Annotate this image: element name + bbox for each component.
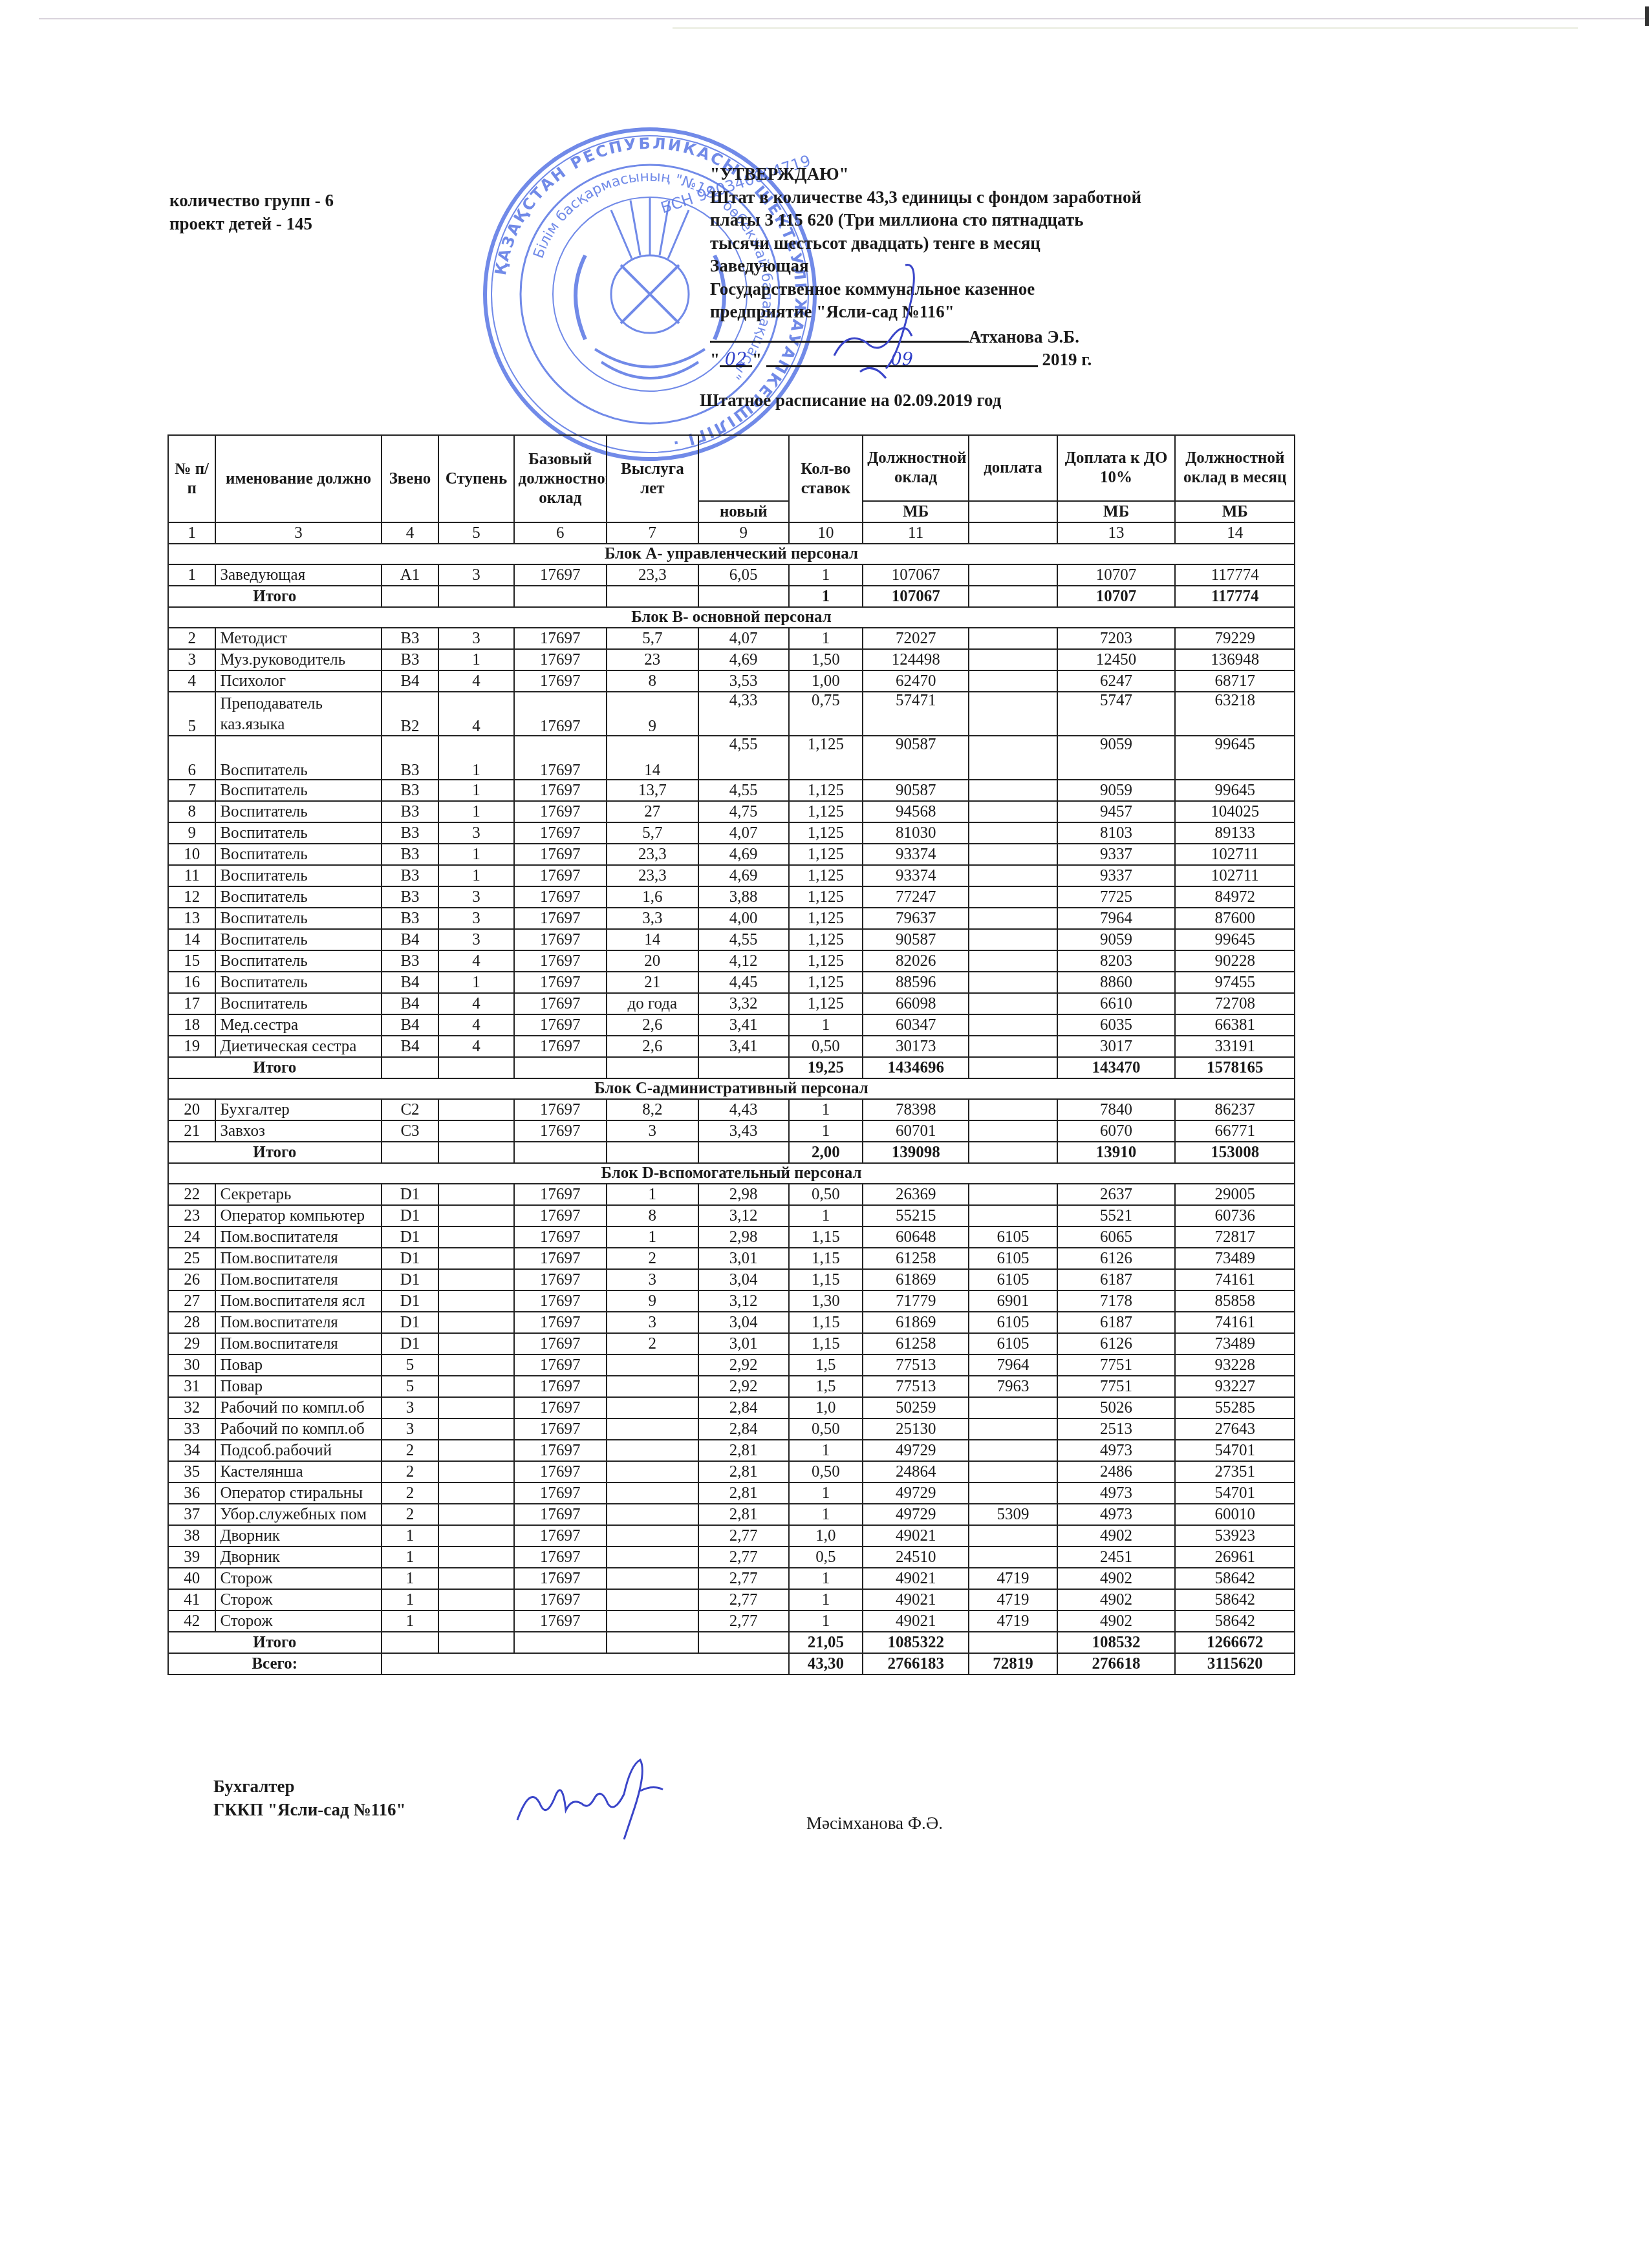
cell-n: 22 <box>168 1184 215 1205</box>
cell-coef: 4,00 <box>698 908 789 929</box>
cell-coef: 4,12 <box>698 950 789 972</box>
total-blank-cell <box>438 1057 513 1078</box>
cell-salary: 81030 <box>863 822 969 844</box>
cell-n: 39 <box>168 1546 215 1568</box>
cell-n: 18 <box>168 1014 215 1036</box>
cell-zveno: A1 <box>382 564 439 586</box>
cell-seniority: 3 <box>607 1312 698 1333</box>
cell-n: 35 <box>168 1461 215 1482</box>
cell-zveno: B3 <box>382 649 439 670</box>
cell-salary: 77513 <box>863 1376 969 1397</box>
cell-seniority <box>607 1504 698 1525</box>
cell-n: 42 <box>168 1610 215 1632</box>
cell-salary: 78398 <box>863 1099 969 1120</box>
cell-base: 17697 <box>514 1504 607 1525</box>
cell-name: Воспитатель <box>215 908 381 929</box>
cell-zveno: B3 <box>382 780 439 801</box>
cell-step <box>438 1397 513 1418</box>
cell-rates: 1,15 <box>789 1312 863 1333</box>
total-rates: 43,30 <box>789 1653 863 1674</box>
cell-base: 17697 <box>514 950 607 972</box>
cell-extra <box>969 972 1057 993</box>
table-row: 24Пом.воспитателяD11769712,981,156064861… <box>168 1226 1295 1248</box>
cell-name: Подсоб.рабочий <box>215 1440 381 1461</box>
cell-n: 5 <box>168 692 215 736</box>
table-row: 37Убор.служебных пом2176972,811497295309… <box>168 1504 1295 1525</box>
footer-org: ГККП "Ясли-сад №116" <box>213 1798 406 1821</box>
cell-name: Воспитатель <box>215 993 381 1014</box>
total-salary: 139098 <box>863 1142 969 1163</box>
column-number-cell: 1 <box>168 522 215 544</box>
table-row: 2МетодистB33176975,74,07172027720379229 <box>168 628 1295 649</box>
cell-rates: 0,50 <box>789 1418 863 1440</box>
cell-seniority: 8 <box>607 670 698 692</box>
cell-coef: 4,07 <box>698 822 789 844</box>
total-bonus: 276618 <box>1057 1653 1176 1674</box>
cell-coef: 4,55 <box>698 929 789 950</box>
cell-step: 3 <box>438 886 513 908</box>
cell-step: 1 <box>438 736 513 780</box>
cell-step: 4 <box>438 692 513 736</box>
cell-extra <box>969 993 1057 1014</box>
cell-n: 32 <box>168 1397 215 1418</box>
cell-monthly: 72708 <box>1175 993 1295 1014</box>
cell-base: 17697 <box>514 1525 607 1546</box>
cell-monthly: 54701 <box>1175 1440 1295 1461</box>
total-monthly: 3115620 <box>1175 1653 1295 1674</box>
cell-monthly: 74161 <box>1175 1312 1295 1333</box>
cell-salary: 90587 <box>863 929 969 950</box>
cell-zveno: 1 <box>382 1546 439 1568</box>
table-row: 8ВоспитательB3117697274,751,125945689457… <box>168 801 1295 822</box>
cell-salary: 50259 <box>863 1397 969 1418</box>
cell-salary: 62470 <box>863 670 969 692</box>
col-header-coef <box>698 435 789 501</box>
cell-bonus: 5747 <box>1057 692 1176 736</box>
cell-step <box>438 1610 513 1632</box>
table-row: 23Оператор компьютерD11769783,1215521555… <box>168 1205 1295 1226</box>
cell-base: 17697 <box>514 1120 607 1142</box>
table-row: 11ВоспитательB311769723,34,691,125933749… <box>168 865 1295 886</box>
cell-bonus: 4902 <box>1057 1589 1176 1610</box>
date-day-handwritten: 02 <box>725 350 747 370</box>
cell-rates: 0,75 <box>789 692 863 736</box>
table-row: 13ВоспитательB33176973,34,001,1257963779… <box>168 908 1295 929</box>
cell-monthly: 55285 <box>1175 1397 1295 1418</box>
cell-seniority: 23,3 <box>607 564 698 586</box>
cell-zveno: C2 <box>382 1099 439 1120</box>
cell-seniority: 9 <box>607 692 698 736</box>
cell-bonus: 6126 <box>1057 1248 1176 1269</box>
total-blank-cell <box>698 1142 789 1163</box>
children-count: проект детей - 145 <box>169 212 334 235</box>
cell-salary: 124498 <box>863 649 969 670</box>
cell-rates: 1,125 <box>789 929 863 950</box>
total-blank-cell <box>607 1057 698 1078</box>
cell-n: 17 <box>168 993 215 1014</box>
cell-extra <box>969 822 1057 844</box>
table-row: 30Повар5176972,921,5775137964775193228 <box>168 1354 1295 1376</box>
table-row: 38Дворник1176972,771,049021490253923 <box>168 1525 1295 1546</box>
cell-seniority: 3 <box>607 1120 698 1142</box>
cell-extra <box>969 1014 1057 1036</box>
cell-bonus: 4973 <box>1057 1504 1176 1525</box>
cell-coef: 4,55 <box>698 780 789 801</box>
cell-zveno: C3 <box>382 1120 439 1142</box>
cell-zveno: D1 <box>382 1226 439 1248</box>
cell-zveno: D1 <box>382 1290 439 1312</box>
cell-salary: 49021 <box>863 1610 969 1632</box>
cell-n: 19 <box>168 1036 215 1057</box>
block-header-row: Блок С-административный персонал <box>168 1078 1295 1099</box>
cell-zveno: B3 <box>382 865 439 886</box>
cell-extra <box>969 1184 1057 1205</box>
cell-extra: 6105 <box>969 1226 1057 1248</box>
cell-monthly: 87600 <box>1175 908 1295 929</box>
total-rates: 19,25 <box>789 1057 863 1078</box>
cell-step <box>438 1568 513 1589</box>
cell-zveno: B4 <box>382 929 439 950</box>
total-blank-cell <box>514 1057 607 1078</box>
table-row: 32Рабочий по компл.об3176972,841,0502595… <box>168 1397 1295 1418</box>
cell-salary: 77247 <box>863 886 969 908</box>
cell-base: 17697 <box>514 993 607 1014</box>
column-number-cell: 11 <box>863 522 969 544</box>
cell-seniority <box>607 1589 698 1610</box>
cell-extra <box>969 628 1057 649</box>
block-header-row: Блок В- основной персонал <box>168 607 1295 628</box>
cell-step: 4 <box>438 670 513 692</box>
cell-coef: 3,01 <box>698 1248 789 1269</box>
cell-bonus: 9059 <box>1057 929 1176 950</box>
cell-bonus: 4902 <box>1057 1568 1176 1589</box>
table-row: 36Оператор стиральны2176972,811497294973… <box>168 1482 1295 1504</box>
cell-base: 17697 <box>514 1397 607 1418</box>
cell-zveno: 2 <box>382 1504 439 1525</box>
cell-extra <box>969 670 1057 692</box>
cell-monthly: 58642 <box>1175 1589 1295 1610</box>
cell-coef: 2,84 <box>698 1418 789 1440</box>
cell-bonus: 5521 <box>1057 1205 1176 1226</box>
cell-rates: 1 <box>789 1482 863 1504</box>
cell-coef: 4,69 <box>698 844 789 865</box>
cell-base: 17697 <box>514 929 607 950</box>
cell-extra <box>969 886 1057 908</box>
cell-zveno: 3 <box>382 1418 439 1440</box>
cell-salary: 49021 <box>863 1525 969 1546</box>
cell-monthly: 60736 <box>1175 1205 1295 1226</box>
cell-extra: 6105 <box>969 1269 1057 1290</box>
total-bonus: 143470 <box>1057 1057 1176 1078</box>
cell-monthly: 102711 <box>1175 865 1295 886</box>
cell-name: Оператор стиральны <box>215 1482 381 1504</box>
cell-step <box>438 1418 513 1440</box>
cell-salary: 88596 <box>863 972 969 993</box>
footer-block: Бухгалтер ГККП "Ясли-сад №116" <box>213 1775 406 1821</box>
staffing-table: № п/п именование должно Звено Ступень Ба… <box>167 434 1295 1675</box>
cell-seniority: 20 <box>607 950 698 972</box>
cell-seniority: 14 <box>607 736 698 780</box>
cell-monthly: 93227 <box>1175 1376 1295 1397</box>
cell-coef: 4,69 <box>698 865 789 886</box>
cell-coef: 2,81 <box>698 1440 789 1461</box>
cell-rates: 1 <box>789 1014 863 1036</box>
cell-zveno: 5 <box>382 1376 439 1397</box>
total-blank-cell <box>607 1142 698 1163</box>
cell-zveno: D1 <box>382 1333 439 1354</box>
table-row: 25Пом.воспитателяD11769723,011,156125861… <box>168 1248 1295 1269</box>
cell-name: Воспитатель <box>215 929 381 950</box>
cell-coef: 3,04 <box>698 1312 789 1333</box>
cell-seniority: 2 <box>607 1333 698 1354</box>
cell-step <box>438 1546 513 1568</box>
table-row: 6ВоспитательB3117697144,551,125905879059… <box>168 736 1295 780</box>
date-year: 2019 г. <box>1042 350 1092 369</box>
cell-salary: 30173 <box>863 1036 969 1057</box>
cell-rates: 1,5 <box>789 1354 863 1376</box>
cell-base: 17697 <box>514 1440 607 1461</box>
cell-zveno: 2 <box>382 1482 439 1504</box>
cell-extra <box>969 692 1057 736</box>
cell-bonus: 6065 <box>1057 1226 1176 1248</box>
total-blank-cell <box>438 586 513 607</box>
cell-base: 17697 <box>514 1184 607 1205</box>
cell-rates: 1,50 <box>789 649 863 670</box>
cell-rates: 1 <box>789 1120 863 1142</box>
total-blank-cell <box>438 1632 513 1653</box>
cell-coef: 2,77 <box>698 1589 789 1610</box>
cell-extra <box>969 1546 1057 1568</box>
cell-monthly: 136948 <box>1175 649 1295 670</box>
cell-bonus: 7178 <box>1057 1290 1176 1312</box>
cell-seniority: 8,2 <box>607 1099 698 1120</box>
cell-step: 3 <box>438 822 513 844</box>
total-blank-cell <box>698 1632 789 1653</box>
total-blank-cell <box>382 1632 439 1653</box>
cell-seniority: 2,6 <box>607 1014 698 1036</box>
total-extra: 72819 <box>969 1653 1057 1674</box>
cell-base: 17697 <box>514 1546 607 1568</box>
cell-monthly: 54701 <box>1175 1482 1295 1504</box>
total-monthly: 117774 <box>1175 586 1295 607</box>
cell-bonus: 6126 <box>1057 1333 1176 1354</box>
cell-n: 36 <box>168 1482 215 1504</box>
cell-name: Преподаватель каз.языка <box>215 692 381 736</box>
grand-total-row: Всего:43,302766183728192766183115620 <box>168 1653 1295 1674</box>
cell-coef: 3,53 <box>698 670 789 692</box>
cell-step: 1 <box>438 649 513 670</box>
cell-extra <box>969 865 1057 886</box>
cell-n: 23 <box>168 1205 215 1226</box>
cell-rates: 1,0 <box>789 1397 863 1418</box>
cell-bonus: 5026 <box>1057 1397 1176 1418</box>
cell-zveno: 1 <box>382 1610 439 1632</box>
cell-extra <box>969 908 1057 929</box>
cell-bonus: 6035 <box>1057 1014 1176 1036</box>
cell-seniority <box>607 1354 698 1376</box>
cell-monthly: 74161 <box>1175 1269 1295 1290</box>
cell-extra: 6105 <box>969 1333 1057 1354</box>
cell-zveno: 1 <box>382 1568 439 1589</box>
cell-monthly: 99645 <box>1175 736 1295 780</box>
cell-n: 27 <box>168 1290 215 1312</box>
cell-coef: 3,12 <box>698 1290 789 1312</box>
cell-zveno: D1 <box>382 1269 439 1290</box>
cell-name: Диетическая сестра <box>215 1036 381 1057</box>
table-row: 17ВоспитательB4417697до года3,321,125660… <box>168 993 1295 1014</box>
cell-extra <box>969 950 1057 972</box>
cell-salary: 61869 <box>863 1269 969 1290</box>
total-extra <box>969 1632 1057 1653</box>
cell-coef: 2,77 <box>698 1525 789 1546</box>
total-label: Всего: <box>168 1653 382 1674</box>
cell-bonus: 2451 <box>1057 1546 1176 1568</box>
cell-salary: 61258 <box>863 1248 969 1269</box>
cell-name: Пом.воспитателя <box>215 1312 381 1333</box>
table-row: 14ВоспитательB4317697144,551,12590587905… <box>168 929 1295 950</box>
table-row: 10ВоспитательB311769723,34,691,125933749… <box>168 844 1295 865</box>
total-monthly: 1578165 <box>1175 1057 1295 1078</box>
table-row: 42Сторож1176972,771490214719490258642 <box>168 1610 1295 1632</box>
total-label: Итого <box>168 586 382 607</box>
cell-rates: 1,125 <box>789 736 863 780</box>
subtotal-row: Итого21,0510853221085321266672 <box>168 1632 1295 1653</box>
cell-zveno: B3 <box>382 628 439 649</box>
cell-extra: 6105 <box>969 1248 1057 1269</box>
cell-bonus: 8103 <box>1057 822 1176 844</box>
cell-name: Методист <box>215 628 381 649</box>
cell-coef: 3,41 <box>698 1036 789 1057</box>
cell-seniority <box>607 1440 698 1461</box>
cell-seniority: 27 <box>607 801 698 822</box>
cell-step <box>438 1269 513 1290</box>
table-row: 33Рабочий по компл.об3176972,840,5025130… <box>168 1418 1295 1440</box>
cell-bonus: 4973 <box>1057 1482 1176 1504</box>
cell-rates: 1,5 <box>789 1376 863 1397</box>
total-blank-cell <box>382 586 439 607</box>
cell-extra <box>969 929 1057 950</box>
director-signature-icon <box>808 259 976 388</box>
cell-salary: 49021 <box>863 1568 969 1589</box>
cell-name: Пом.воспитателя <box>215 1269 381 1290</box>
cell-coef: 2,81 <box>698 1482 789 1504</box>
cell-zveno: B2 <box>382 692 439 736</box>
cell-monthly: 72817 <box>1175 1226 1295 1248</box>
cell-step: 1 <box>438 801 513 822</box>
cell-step <box>438 1589 513 1610</box>
cell-zveno: B4 <box>382 972 439 993</box>
cell-seniority: 21 <box>607 972 698 993</box>
cell-coef: 3,43 <box>698 1120 789 1142</box>
cell-name: Секретарь <box>215 1184 381 1205</box>
cell-base: 17697 <box>514 1482 607 1504</box>
cell-name: Рабочий по компл.об <box>215 1418 381 1440</box>
cell-coef: 4,69 <box>698 649 789 670</box>
cell-bonus: 6247 <box>1057 670 1176 692</box>
cell-extra <box>969 564 1057 586</box>
column-number-cell <box>969 522 1057 544</box>
cell-bonus: 8860 <box>1057 972 1176 993</box>
cell-name: Воспитатель <box>215 886 381 908</box>
cell-bonus: 3017 <box>1057 1036 1176 1057</box>
cell-n: 40 <box>168 1568 215 1589</box>
cell-base: 17697 <box>514 1269 607 1290</box>
cell-extra: 4719 <box>969 1589 1057 1610</box>
cell-seniority: 2 <box>607 1248 698 1269</box>
cell-seniority <box>607 1461 698 1482</box>
cell-n: 6 <box>168 736 215 780</box>
cell-monthly: 93228 <box>1175 1354 1295 1376</box>
cell-base: 17697 <box>514 1418 607 1440</box>
cell-coef: 3,88 <box>698 886 789 908</box>
cell-n: 25 <box>168 1248 215 1269</box>
total-monthly: 1266672 <box>1175 1632 1295 1653</box>
cell-step <box>438 1099 513 1120</box>
cell-name: Сторож <box>215 1568 381 1589</box>
footer-role: Бухгалтер <box>213 1775 406 1798</box>
cell-coef: 3,01 <box>698 1333 789 1354</box>
cell-seniority: 3 <box>607 1269 698 1290</box>
column-number-cell: 7 <box>607 522 698 544</box>
cell-bonus: 12450 <box>1057 649 1176 670</box>
cell-extra <box>969 1397 1057 1418</box>
cell-zveno: D1 <box>382 1184 439 1205</box>
cell-zveno: B4 <box>382 1014 439 1036</box>
cell-name: Пом.воспитателя <box>215 1248 381 1269</box>
cell-step <box>438 1440 513 1461</box>
column-number-cell: 9 <box>698 522 789 544</box>
table-row: 9ВоспитательB33176975,74,071,12581030810… <box>168 822 1295 844</box>
cell-n: 7 <box>168 780 215 801</box>
table-row: 29Пом.воспитателяD11769723,011,156125861… <box>168 1333 1295 1354</box>
cell-monthly: 33191 <box>1175 1036 1295 1057</box>
cell-step <box>438 1248 513 1269</box>
cell-step: 4 <box>438 1014 513 1036</box>
cell-base: 17697 <box>514 1099 607 1120</box>
cell-rates: 1 <box>789 1205 863 1226</box>
cell-monthly: 86237 <box>1175 1099 1295 1120</box>
cell-extra: 6901 <box>969 1290 1057 1312</box>
cell-bonus: 4973 <box>1057 1440 1176 1461</box>
cell-monthly: 99645 <box>1175 780 1295 801</box>
cell-extra <box>969 1418 1057 1440</box>
cell-zveno: 2 <box>382 1440 439 1461</box>
table-row: 18Мед.сестраB44176972,63,411603476035663… <box>168 1014 1295 1036</box>
total-blank-cell <box>382 1057 439 1078</box>
total-label: Итого <box>168 1632 382 1653</box>
cell-n: 34 <box>168 1440 215 1461</box>
cell-zveno: B3 <box>382 950 439 972</box>
subtotal-row: Итого19,2514346961434701578165 <box>168 1057 1295 1078</box>
cell-rates: 0,50 <box>789 1184 863 1205</box>
cell-name: Воспитатель <box>215 972 381 993</box>
cell-bonus: 2637 <box>1057 1184 1176 1205</box>
cell-rates: 1,0 <box>789 1525 863 1546</box>
cell-rates: 1,30 <box>789 1290 863 1312</box>
table-row: 16ВоспитательB4117697214,451,12588596886… <box>168 972 1295 993</box>
cell-seniority: 5,7 <box>607 822 698 844</box>
total-blank-cell <box>438 1142 513 1163</box>
cell-n: 8 <box>168 801 215 822</box>
column-number-cell: 14 <box>1175 522 1295 544</box>
cell-step: 4 <box>438 950 513 972</box>
total-rates: 2,00 <box>789 1142 863 1163</box>
scan-artifact-line <box>39 18 1649 19</box>
col-header-rates: Кол-во ставок <box>789 435 863 522</box>
cell-coef: 4,33 <box>698 692 789 736</box>
cell-salary: 60347 <box>863 1014 969 1036</box>
subtotal-row: Итого110706710707117774 <box>168 586 1295 607</box>
